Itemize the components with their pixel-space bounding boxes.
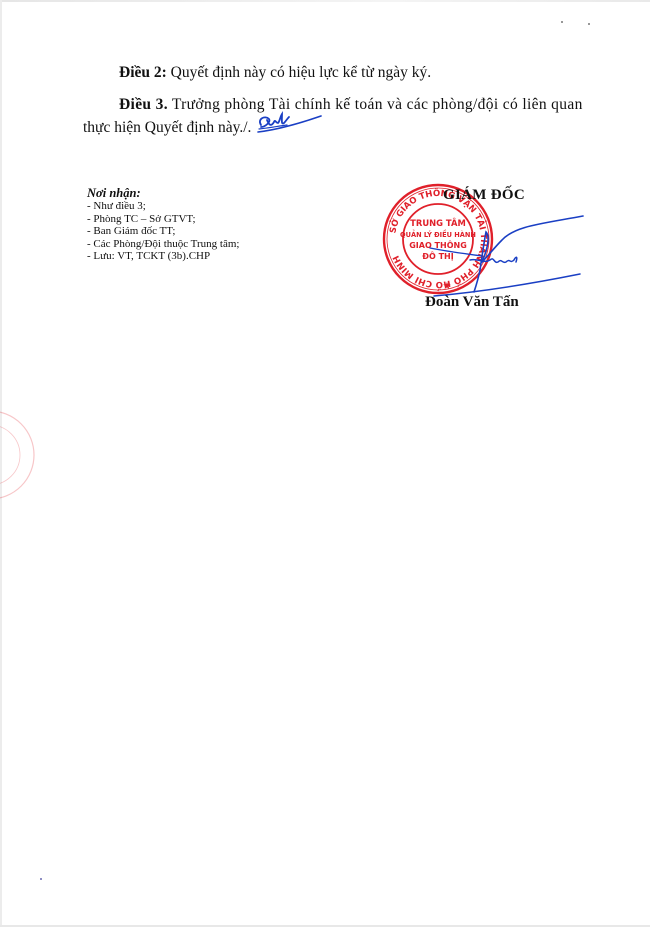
article-2-label: Điều 2: xyxy=(119,64,167,81)
scan-speck xyxy=(588,23,590,25)
article-3-text-line-2: thực hiện Quyết định này./. xyxy=(83,119,251,136)
article-2: Điều 2: Quyết định này có hiệu lực kể từ… xyxy=(119,62,431,83)
article-2-text: Quyết định này có hiệu lực kể từ ngày ký… xyxy=(167,64,431,81)
scan-speck xyxy=(40,878,42,880)
article-3-text-line-1: Trưởng phòng Tài chính kế toán và các ph… xyxy=(168,96,583,113)
recipients-block: Nơi nhận: - Như điều 3; - Phòng TC – Sở … xyxy=(87,186,239,263)
document-page: Điều 2: Quyết định này có hiệu lực kể từ… xyxy=(0,0,650,927)
recipient-item: - Ban Giám đốc TT; xyxy=(87,225,239,238)
recipient-item: - Lưu: VT, TCKT (3b).CHP xyxy=(87,250,239,263)
recipient-item: - Như điều 3; xyxy=(87,200,239,213)
recipients-heading: Nơi nhận: xyxy=(87,186,239,200)
recipient-item: - Các Phòng/Đội thuộc Trung tâm; xyxy=(87,238,239,251)
article-3-line-2: thực hiện Quyết định này./. xyxy=(83,117,251,138)
director-title: GIÁM ĐỐC xyxy=(443,187,525,204)
handwritten-signature-icon xyxy=(420,212,585,300)
director-name: Đoàn Văn Tấn xyxy=(425,294,519,311)
article-3-line-1: Điều 3. Trưởng phòng Tài chính kế toán v… xyxy=(119,94,583,115)
recipient-item: - Phòng TC – Sở GTVT; xyxy=(87,213,239,226)
scan-speck xyxy=(561,21,563,23)
initials-signature-icon xyxy=(255,111,325,137)
scan-edge-top xyxy=(0,0,650,2)
article-3-label: Điều 3. xyxy=(119,96,168,113)
faint-seal-mark-icon xyxy=(0,405,35,505)
